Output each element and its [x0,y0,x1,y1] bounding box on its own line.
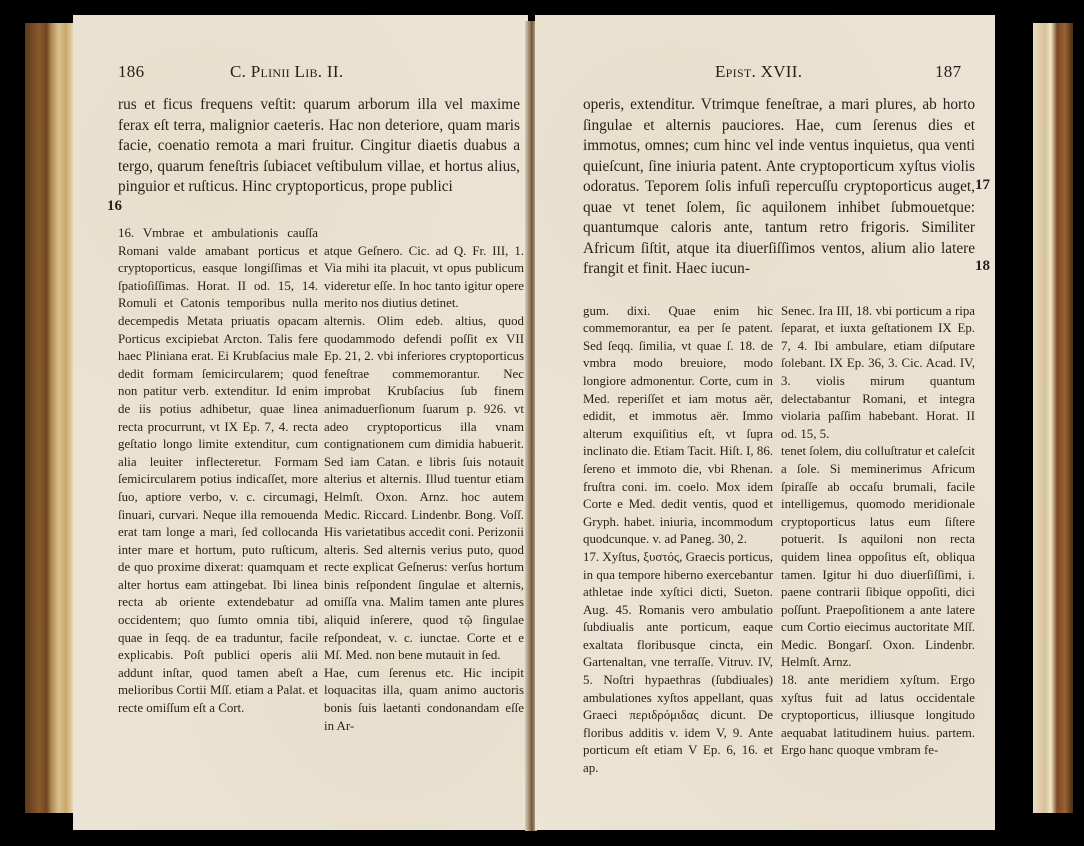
right-main-text: operis, extenditur. Vtrimque feneſtrae, … [583,95,975,280]
right-running-head: Epist. XVII. [715,62,802,82]
left-page: 186 C. Plinii Lib. II. rus et ficus freq… [73,15,528,830]
left-margin-number: 16 [107,198,122,215]
left-notes-col2: atque Geſnero. Cic. ad Q. Fr. III, 1. Vi… [324,225,524,753]
left-page-number: 186 [118,62,144,82]
right-notes-col1-text: gum. dixi. Quae enim hic commemorantur, … [583,303,773,778]
right-notes-col2-text: Senec. Ira III, 18. vbi porticum a ripa … [781,303,975,760]
left-notes: 16. Vmbrae et ambulationis cauſſa Romani… [118,225,520,765]
left-notes-col2-text: atque Geſnero. Cic. ad Q. Fr. III, 1. Vi… [324,243,524,736]
right-notes-col1: gum. dixi. Quae enim hic commemorantur, … [583,285,773,795]
right-notes: gum. dixi. Quae enim hic commemorantur, … [583,285,983,805]
left-main-text: rus et ficus frequens veſtit: quarum arb… [118,95,520,198]
left-notes-col1: 16. Vmbrae et ambulationis cauſſa Romani… [118,225,318,718]
right-notes-col2: Senec. Ira III, 18. vbi porticum a ripa … [781,285,975,778]
left-notes-col1-text: 16. Vmbrae et ambulationis cauſſa Romani… [118,225,318,718]
right-page-number: 187 [935,62,961,82]
right-margin-number-17: 17 [975,177,990,194]
left-running-head: C. Plinii Lib. II. [230,62,343,82]
open-book: 186 C. Plinii Lib. II. rus et ficus freq… [25,13,1073,831]
right-main-paragraph: operis, extenditur. Vtrimque feneſtrae, … [583,95,975,280]
book-cover-left-edge [25,23,73,813]
right-page: Epist. XVII. 187 operis, extenditur. Vtr… [535,15,995,830]
left-main-paragraph: rus et ficus frequens veſtit: quarum arb… [118,95,520,198]
book-cover-right-edge [1033,23,1073,813]
right-margin-number-18: 18 [975,258,990,275]
